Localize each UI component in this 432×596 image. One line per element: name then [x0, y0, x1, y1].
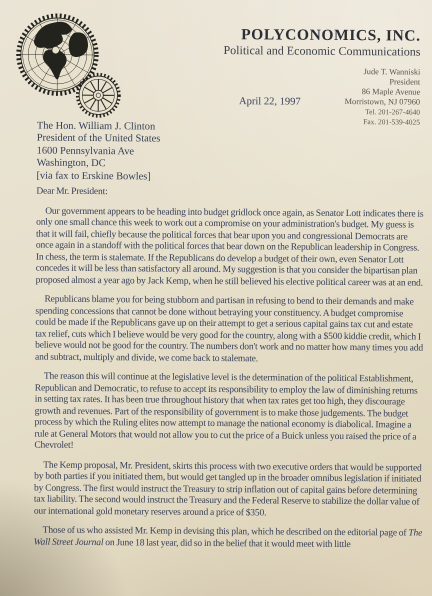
final-paragraph-text: on June 18 last year, did so in the beli…	[103, 538, 350, 550]
contact-fax: Fax. 201-539-4025	[345, 117, 420, 128]
recipient-line: President of the United States	[37, 133, 161, 146]
recipient-address: The Hon. William J. Clinton President of…	[36, 121, 160, 184]
company-tagline: Political and Economic Communications	[223, 43, 420, 60]
recipient-line: The Hon. William J. Clinton	[37, 121, 161, 134]
recipient-line: [via fax to Erskine Bowles]	[36, 170, 160, 183]
letter-content: POLYCONOMICS, INC. Political and Economi…	[0, 0, 432, 596]
contact-address-line-1: 86 Maple Avenue	[345, 87, 420, 98]
recipient-line: Washington, DC	[37, 158, 161, 171]
globe-with-gears-logo-icon	[13, 10, 124, 119]
contact-tel: Tel. 201-267-4640	[345, 107, 420, 118]
date-line: April 22, 1997	[239, 96, 301, 107]
final-paragraph-text: Those of us who assisted Mr. Kemp in dev…	[43, 526, 409, 539]
contact-name: Jude T. Wanniski	[345, 67, 420, 78]
logo-svg	[13, 10, 124, 119]
salutation: Dear Mr. President:	[36, 187, 426, 202]
letter-photo: POLYCONOMICS, INC. Political and Economi…	[0, 0, 432, 596]
recipient-line: 1600 Pennsylvania Ave	[37, 145, 161, 158]
contact-title: President	[345, 77, 420, 88]
contact-block: Jude T. Wanniski President 86 Maple Aven…	[345, 67, 421, 128]
letter-body: Dear Mr. President: Our government appea…	[34, 187, 427, 552]
body-paragraph: Our government appears to be heading int…	[36, 206, 427, 290]
contact-address-line-2: Morristown, NJ 07960	[345, 97, 420, 108]
body-paragraph: The Kemp proposal, Mr. President, skirts…	[34, 460, 424, 521]
body-paragraph-final: Those of us who assisted Mr. Kemp in dev…	[34, 526, 424, 552]
body-paragraph: Republicans blame you for being stubborn…	[35, 295, 426, 367]
body-paragraph: The reason this will continue at the leg…	[34, 372, 425, 456]
